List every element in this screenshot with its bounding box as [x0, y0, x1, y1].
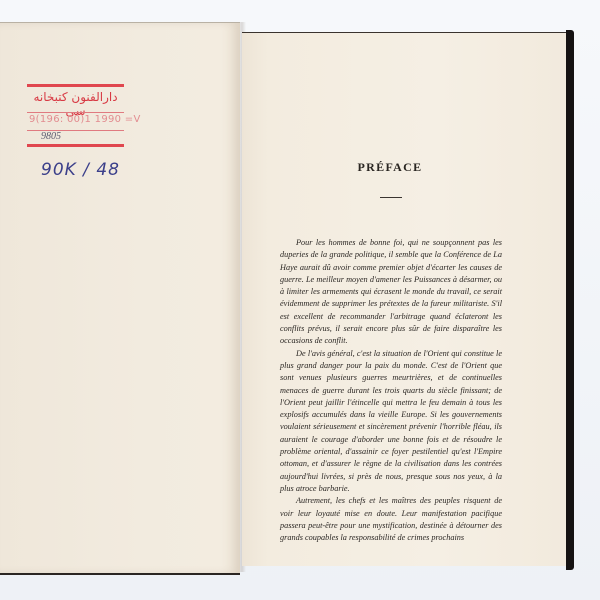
preface-body: Pour les hommes de bonne foi, qui ne sou…: [280, 237, 502, 544]
stamp-bottom-bar: [27, 144, 124, 147]
paragraph: Autrement, les chefs et les maîtres des …: [280, 495, 502, 544]
shelf-mark: 90K / 48: [41, 160, 120, 180]
page-title: PRÉFACE: [300, 160, 480, 175]
library-stamp: دارالفنون كتبخانه سی 9(196: 00)1 1990 =V…: [27, 84, 124, 148]
stamp-accession-number: 9805: [41, 131, 61, 142]
stamp-top-bar: [27, 84, 124, 87]
paragraph: Pour les hommes de bonne foi, qui ne sou…: [280, 237, 502, 348]
paragraph: De l'avis général, c'est la situation de…: [280, 348, 502, 496]
stamp-catalog-number: 9(196: 00)1 1990 =V: [29, 114, 141, 125]
title-divider: [380, 197, 402, 198]
stamp-rule: [27, 112, 124, 113]
book-cover-edge: [566, 30, 574, 570]
